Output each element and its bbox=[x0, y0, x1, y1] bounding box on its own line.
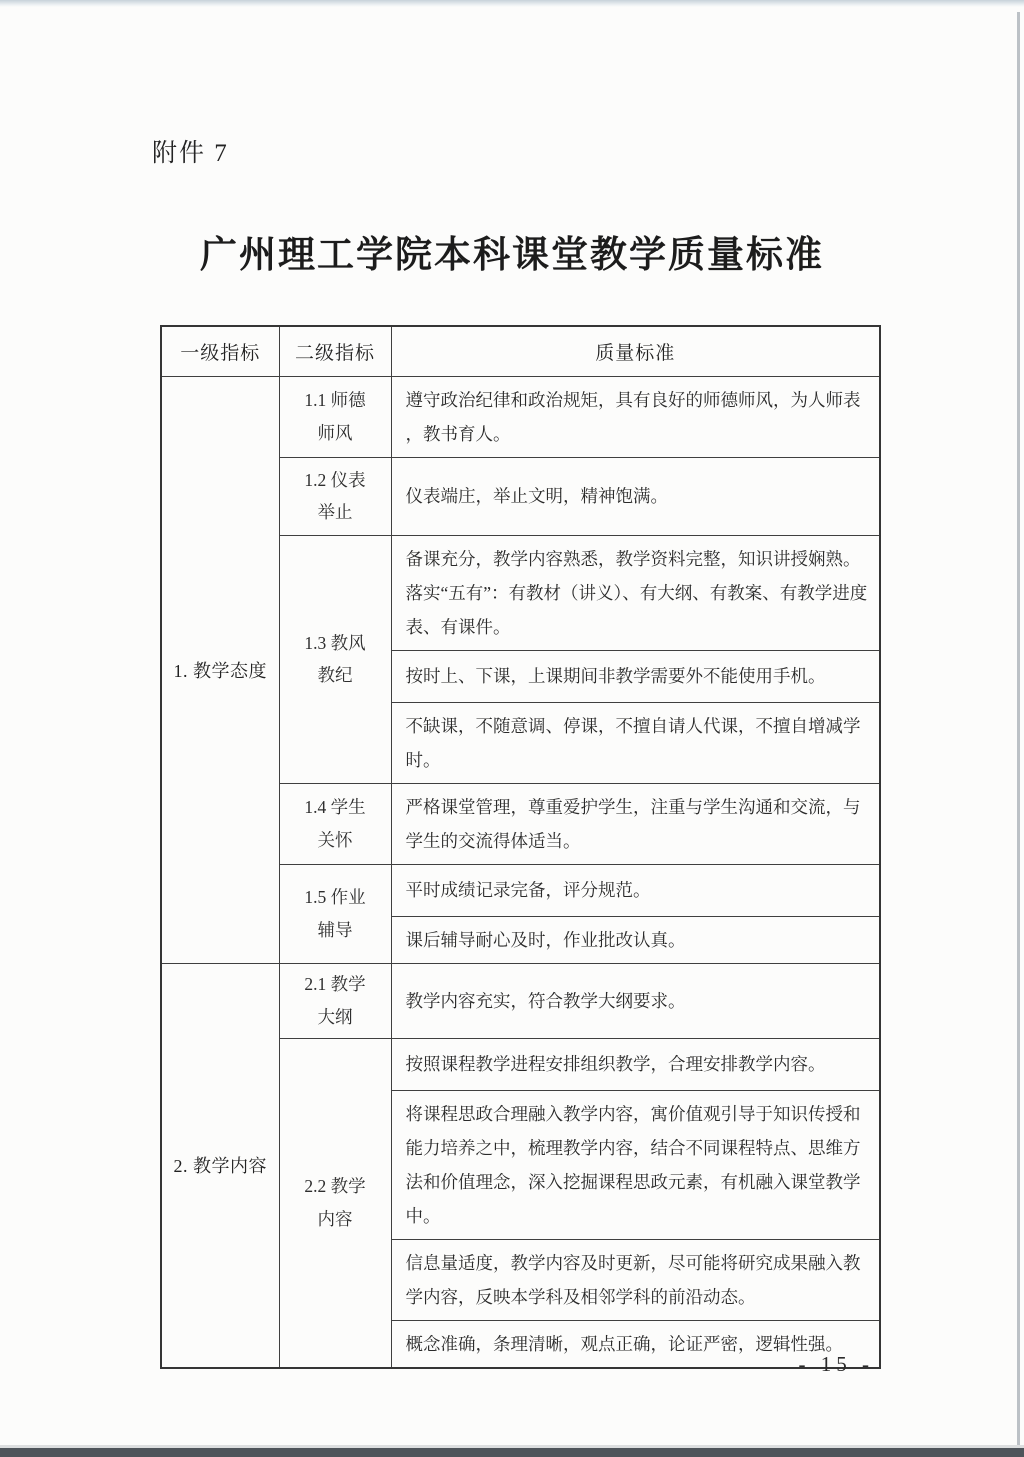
standard-cell: 教学内容充实，符合教学大纲要求。 bbox=[391, 963, 880, 1038]
standard-cell: 仪表端庄，举止文明，精神饱满。 bbox=[391, 457, 880, 535]
level2-cell: 1.2 仪表 举止 bbox=[279, 457, 391, 535]
header-level2-indicator: 二级指标 bbox=[279, 326, 391, 376]
standard-cell: 按时上、下课，上课期间非教学需要外不能使用手机。 bbox=[391, 650, 880, 702]
standard-cell: 平时成绩记录完备，评分规范。 bbox=[391, 864, 880, 916]
table-row: 2. 教学内容 2.1 教学 大纲 教学内容充实，符合教学大纲要求。 bbox=[161, 963, 880, 1038]
standard-cell: 将课程思政合理融入教学内容，寓价值观引导于知识传授和能力培养之中，梳理教学内容，… bbox=[391, 1090, 880, 1239]
standard-cell: 课后辅导耐心及时，作业批改认真。 bbox=[391, 916, 880, 963]
scan-edge-top bbox=[0, 0, 1024, 7]
level2-cell: 1.4 学生 关怀 bbox=[279, 783, 391, 864]
table-header-row: 一级指标 二级指标 质量标准 bbox=[161, 326, 880, 376]
page-number: - 15 - bbox=[799, 1352, 875, 1377]
header-quality-standard: 质量标准 bbox=[391, 326, 880, 376]
level1-cell: 2. 教学内容 bbox=[161, 963, 279, 1368]
level2-cell: 1.3 教风 教纪 bbox=[279, 535, 391, 783]
standard-cell: 不缺课，不随意调、停课，不擅自请人代课，不擅自增减学时。 bbox=[391, 702, 880, 783]
table-row: 1. 教学态度 1.1 师德 师风 遵守政治纪律和政治规矩，具有良好的师德师风，… bbox=[161, 376, 880, 457]
standard-cell: 备课充分，教学内容熟悉，教学资料完整，知识讲授娴熟。落实“五有”：有教材（讲义）… bbox=[391, 535, 880, 650]
level2-cell: 1.5 作业 辅导 bbox=[279, 864, 391, 963]
standard-cell: 遵守政治纪律和政治规矩，具有良好的师德师风，为人师表，教书育人。 bbox=[391, 376, 880, 457]
attachment-label: 附件 7 bbox=[152, 133, 229, 169]
level2-cell: 1.1 师德 师风 bbox=[279, 376, 391, 457]
level2-cell: 2.1 教学 大纲 bbox=[279, 963, 391, 1038]
quality-standards-table: 一级指标 二级指标 质量标准 1. 教学态度 1.1 师德 师风 遵守政治纪律和… bbox=[160, 325, 881, 1369]
level1-cell: 1. 教学态度 bbox=[161, 376, 279, 963]
header-level1-indicator: 一级指标 bbox=[161, 326, 279, 376]
scanned-document-page: 附件 7 广州理工学院本科课堂教学质量标准 一级指标 二级指标 质量标准 1. … bbox=[0, 0, 1024, 1457]
page-title: 广州理工学院本科课堂教学质量标准 bbox=[0, 224, 1024, 278]
scan-edge-bottom bbox=[0, 1448, 1024, 1457]
standard-cell: 严格课堂管理，尊重爱护学生，注重与学生沟通和交流，与学生的交流得体适当。 bbox=[391, 783, 880, 864]
standard-cell: 信息量适度，教学内容及时更新，尽可能将研究成果融入教学内容，反映本学科及相邻学科… bbox=[391, 1239, 880, 1320]
level2-cell: 2.2 教学 内容 bbox=[279, 1038, 391, 1368]
standard-cell: 按照课程教学进程安排组织教学，合理安排教学内容。 bbox=[391, 1038, 880, 1090]
